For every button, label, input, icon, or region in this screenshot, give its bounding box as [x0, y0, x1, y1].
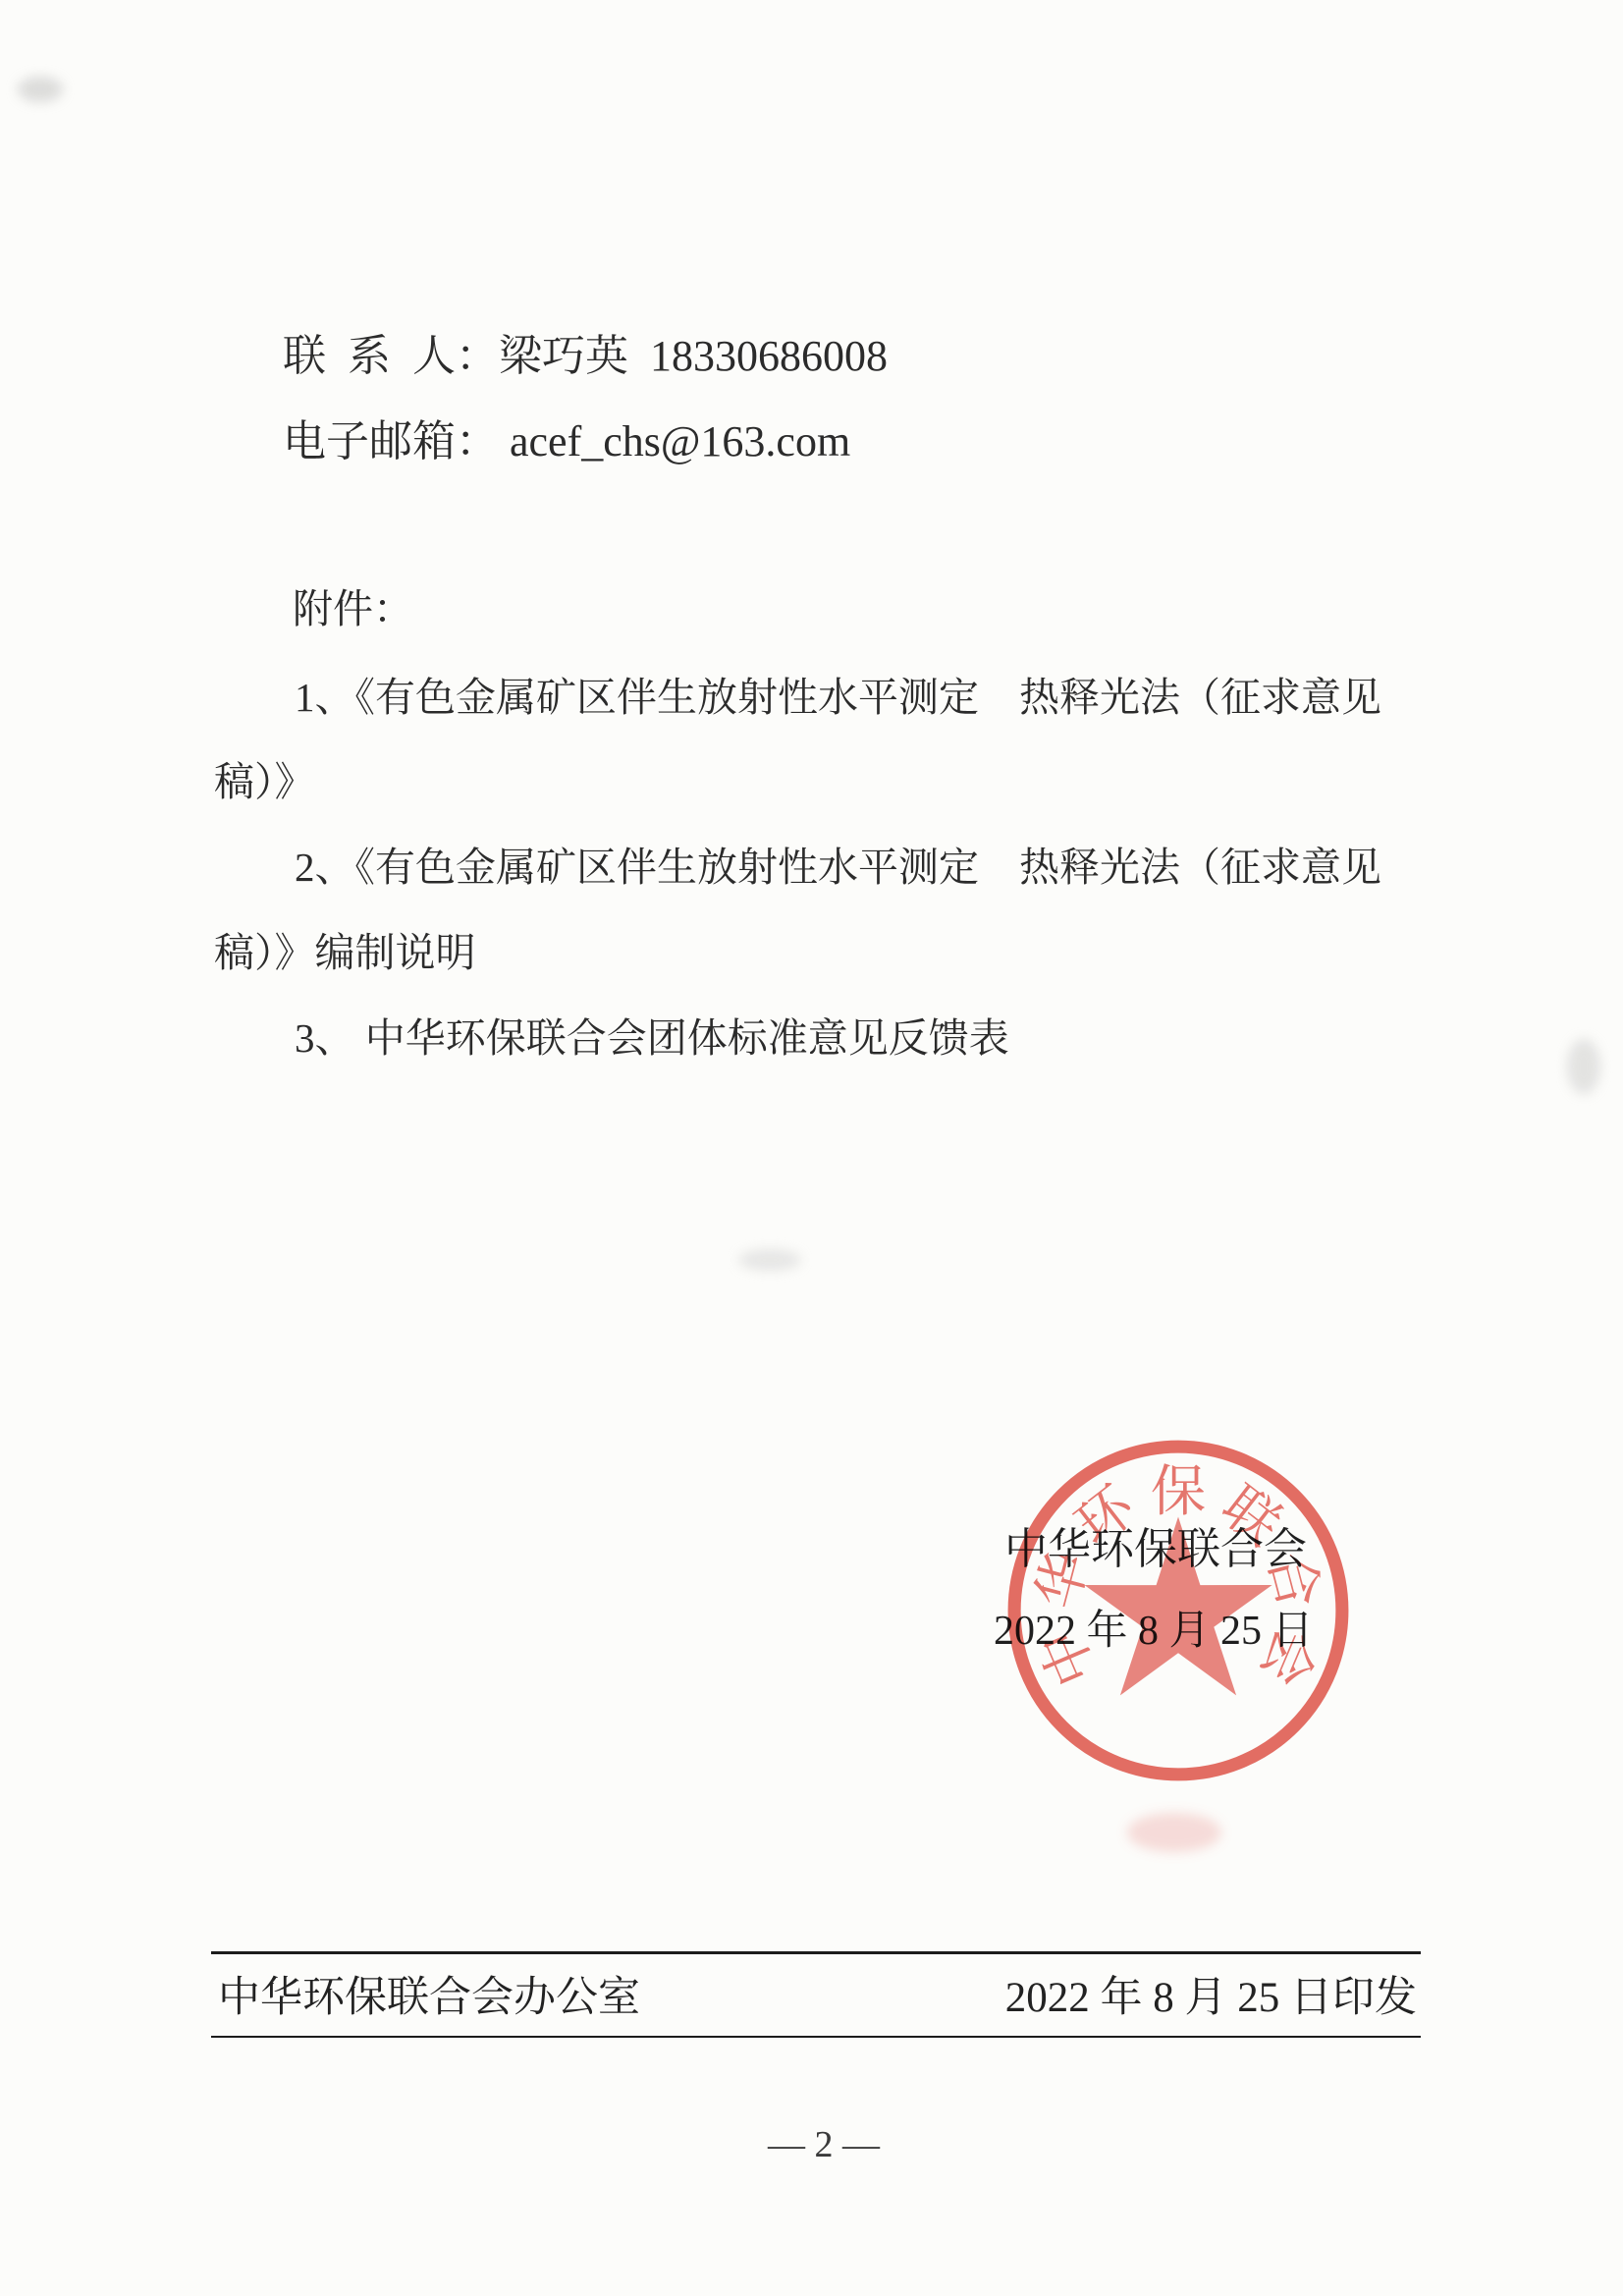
contact-person-line: 联 系 人：梁巧英 18330686008: [283, 335, 888, 378]
seal-text-char: 华: [1027, 1546, 1100, 1614]
attachment-line-1: 1、《有色金属矿区伴生放射性水平测定 热释光法（征求意见: [295, 678, 1381, 718]
contact-email-line: 电子邮箱： acef_chs@163.com: [283, 420, 850, 464]
scan-smudge: [1127, 1813, 1221, 1852]
footer-office: 中华环保联合会办公室: [218, 1977, 640, 2019]
attachment-line-3: 3、 中华环保联合会团体标准意见反馈表: [295, 1018, 1009, 1059]
attachment-line-2-cont: 稿）》编制说明: [214, 933, 476, 973]
footer-rule-top: [211, 1951, 1421, 1954]
scan-smudge: [1567, 1039, 1600, 1094]
seal-text-char: 保: [1151, 1461, 1206, 1522]
attachments-heading: 附件：: [293, 589, 413, 629]
footer-print-date: 2022 年 8 月 25 日印发: [1005, 1977, 1417, 2019]
scan-smudge: [18, 77, 63, 102]
seal-text-char: 会: [1248, 1619, 1325, 1694]
attachment-line-2: 2、《有色金属矿区伴生放射性水平测定 热释光法（征求意见: [295, 847, 1381, 888]
official-seal: 中 华 环 保 联 合 会: [996, 1428, 1361, 1793]
document-page: 联 系 人：梁巧英 18330686008 电子邮箱： acef_chs@163…: [0, 0, 1623, 2296]
seal-text-char: 合: [1256, 1546, 1328, 1614]
seal-text-char: 中: [1030, 1619, 1108, 1694]
page-number: — 2 —: [768, 2126, 880, 2163]
attachment-line-1-cont: 稿）》: [214, 762, 315, 802]
scan-smudge: [738, 1249, 801, 1271]
footer-rule-bottom: [211, 2036, 1421, 2038]
